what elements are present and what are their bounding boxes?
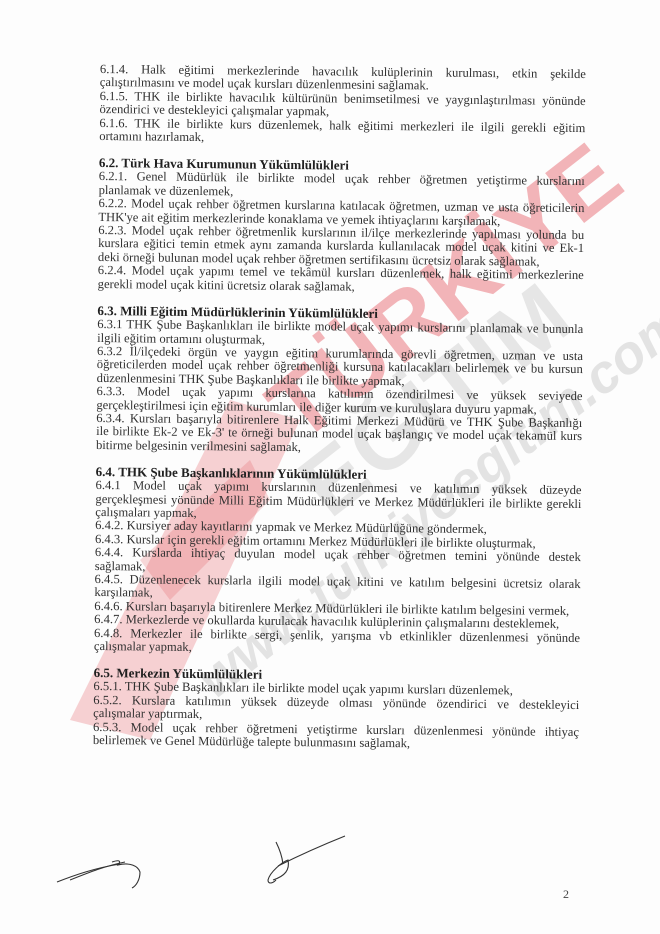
section-6-5: 6.5. Merkezin Yükümlülükleri6.5.1. THK Ş… [93,666,580,752]
document-body: 6.1.4. Halk eğitimi merkezlerinde havacı… [93,63,586,753]
signatures [0,820,660,900]
signature-right [268,836,345,883]
document-page: TÜRKİYE EĞİTİM www.turkiyeegitim.com 6.1… [0,0,660,934]
section-6-4: 6.4. THK Şube Başkanlıklarının Yükümlülü… [94,465,582,658]
signature-left [57,861,140,888]
page-number: 2 [563,887,569,902]
section-6-3: 6.3. Milli Eğitim Müdürlüklerinin Yüküml… [96,304,584,457]
section-6-1-continued: 6.1.4. Halk eğitimi merkezlerinde havacı… [99,63,586,149]
section-6-2: 6.2. Türk Hava Kurumunun Yükümlülükleri6… [98,156,585,296]
